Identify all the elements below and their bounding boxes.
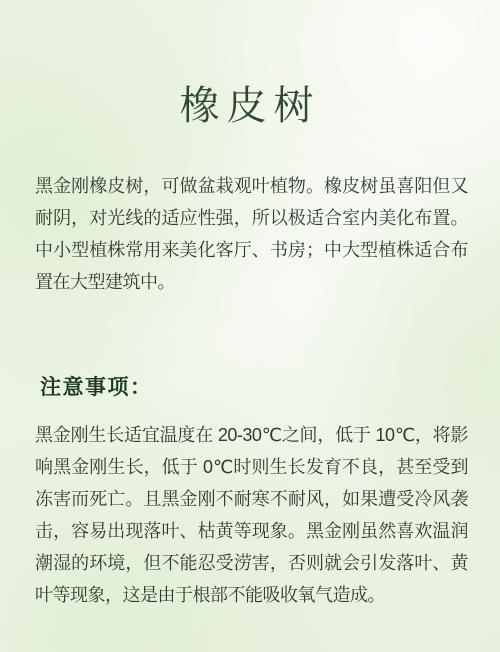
notes-section-heading: 注意事项：	[40, 374, 468, 402]
plant-care-document: 橡皮树 黑金刚橡皮树，可做盆栽观叶植物。橡皮树虽喜阳但又耐阴，对光线的适应性强，…	[0, 0, 500, 652]
intro-paragraph: 黑金刚橡皮树，可做盆栽观叶植物。橡皮树虽喜阳但又耐阴，对光线的适应性强，所以极适…	[35, 170, 468, 298]
page-title: 橡皮树	[0, 0, 500, 130]
notes-section-paragraph: 黑金刚生长适宜温度在 20-30℃之间，低于 10℃，将影响黑金刚生长，低于 0…	[35, 419, 468, 611]
